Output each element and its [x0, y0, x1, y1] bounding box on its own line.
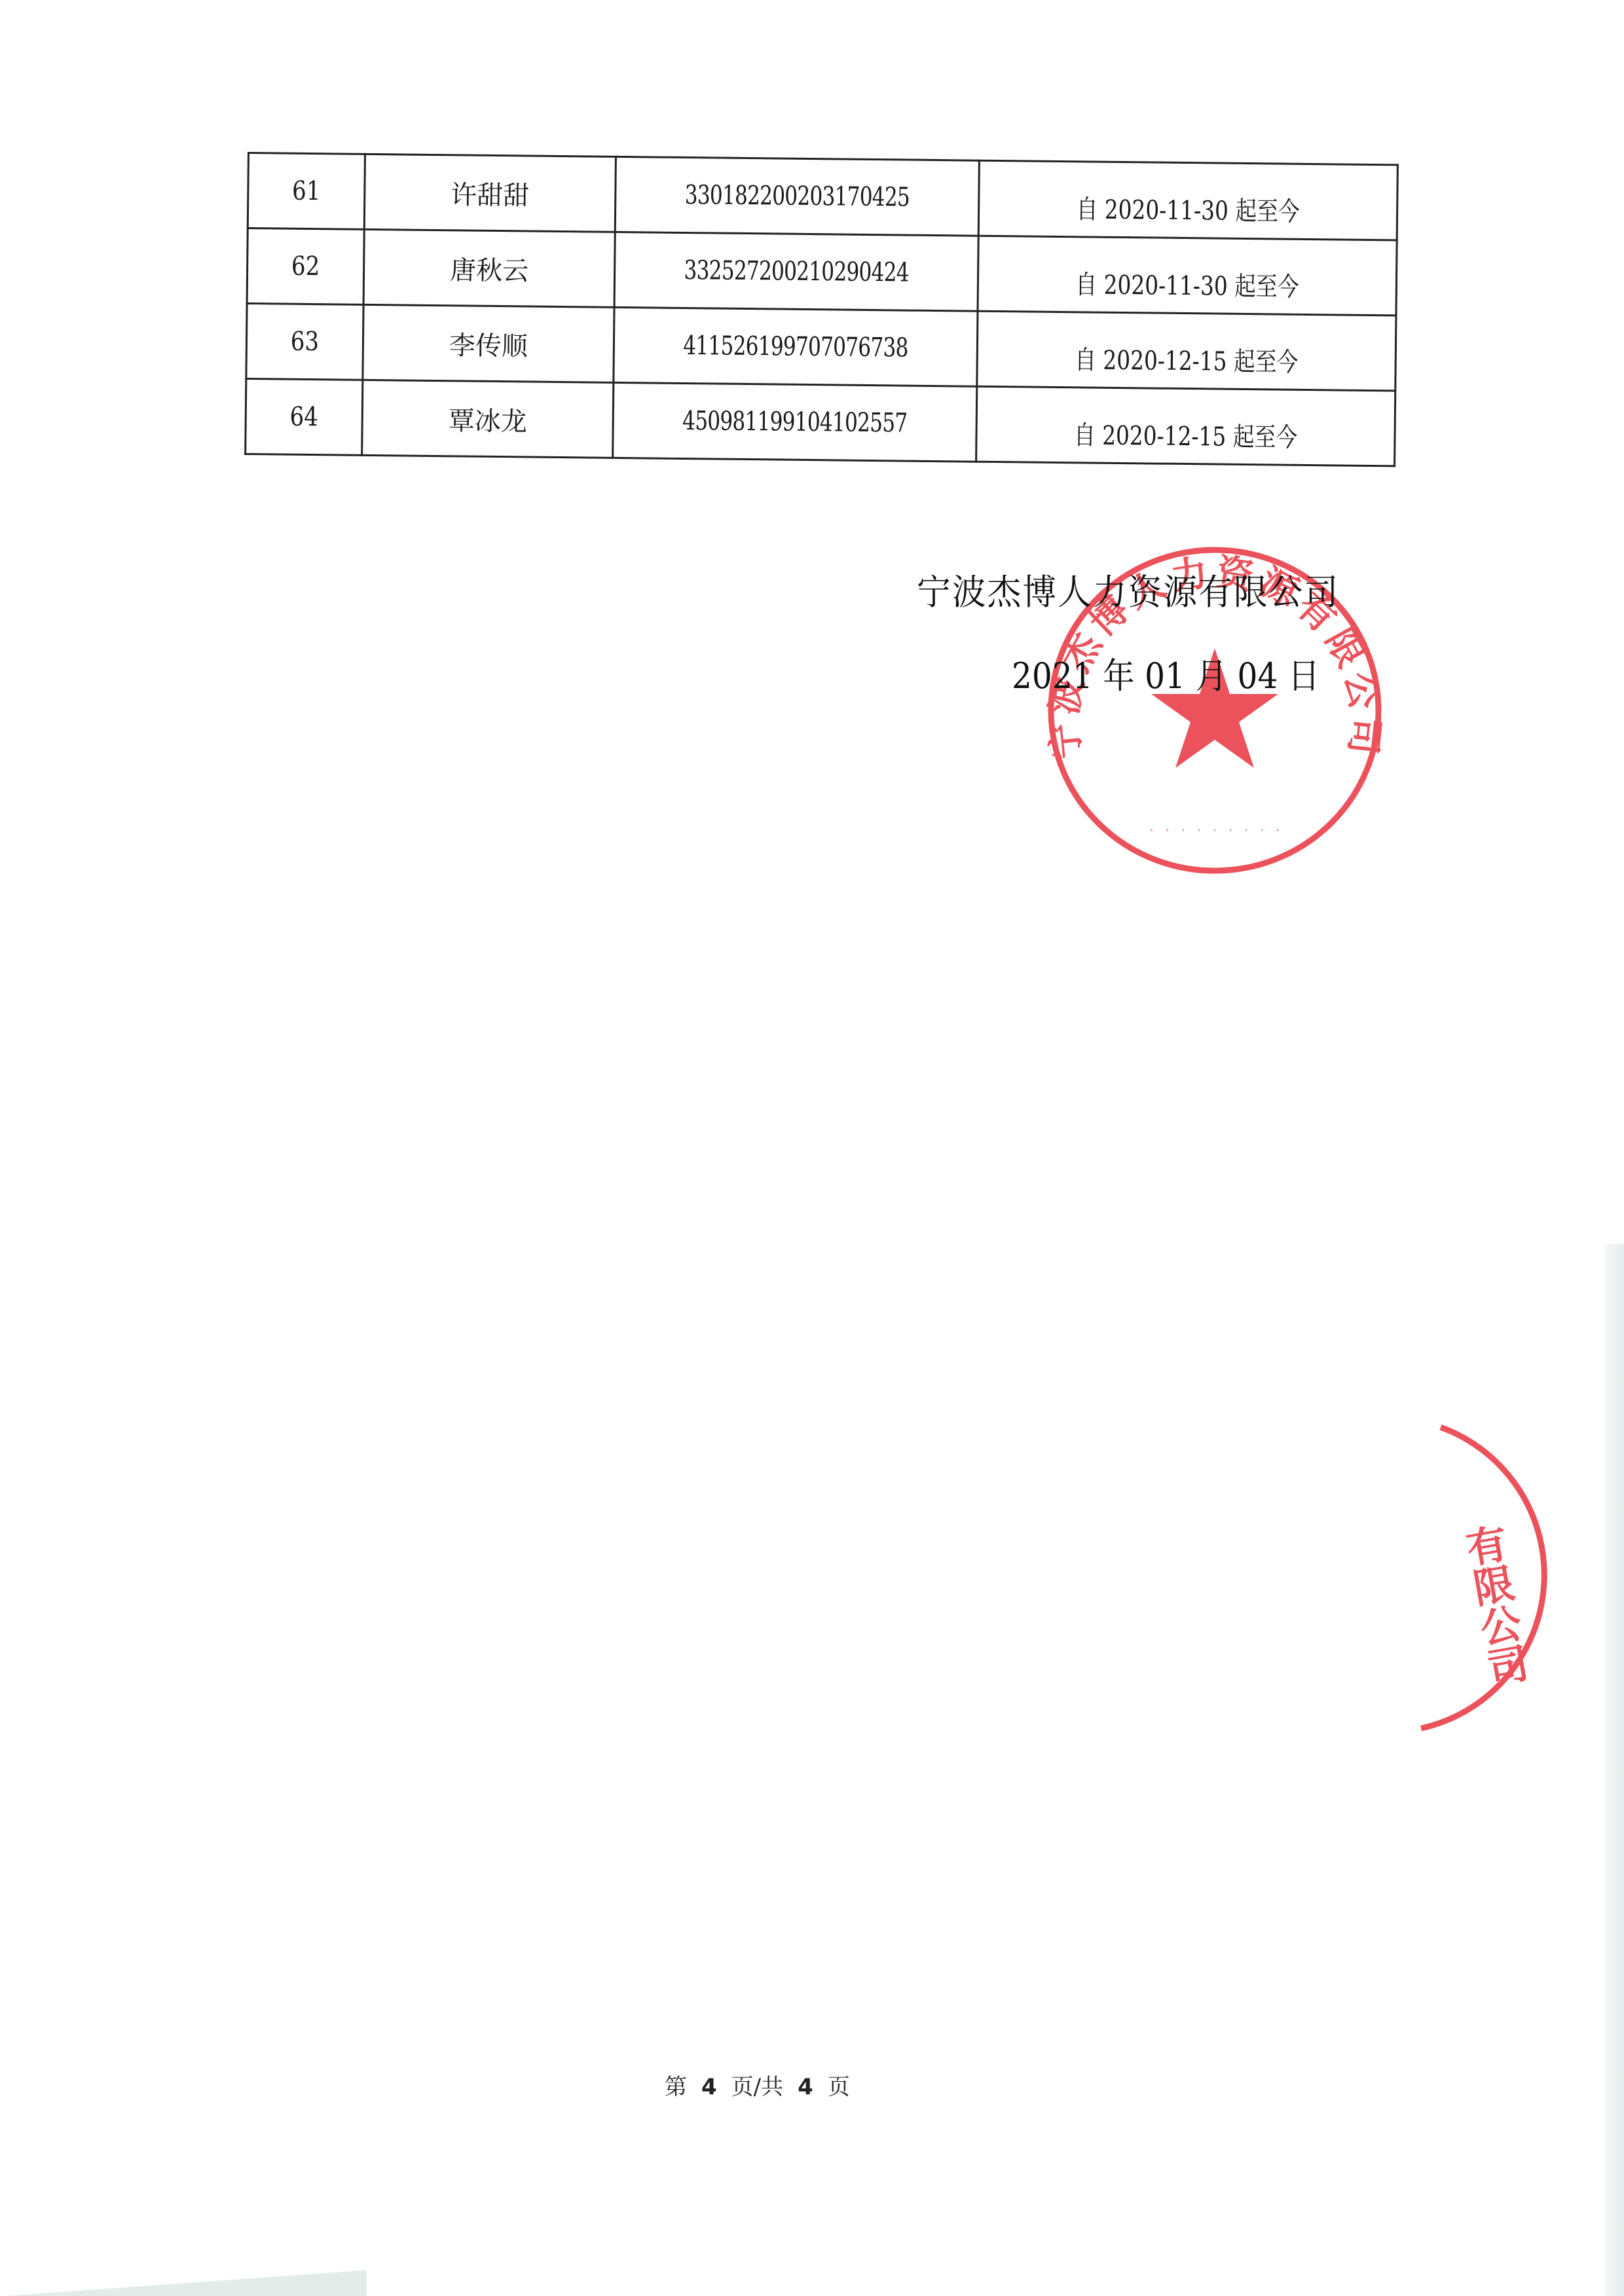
- employee-table-wrapper: 61 许甜甜 330182200203170425 自 2020-11-30 起…: [244, 152, 1397, 467]
- table-row: 64 覃冰龙 450981199104102557 自 2020-12-15 起…: [246, 378, 1395, 465]
- id-cell: 450981199104102557: [613, 382, 977, 462]
- scan-edge-artifact-bottom: [0, 2270, 367, 2296]
- current-page-number: 4: [687, 2074, 731, 2100]
- name-cell: 唐秋云: [363, 229, 615, 307]
- person-name: 许甜甜: [451, 180, 529, 211]
- employment-period: 自 2020-12-15 起至今: [1074, 399, 1298, 454]
- id-number: 450981199104102557: [682, 406, 908, 439]
- footer-suffix: 页: [828, 2074, 850, 2100]
- total-page-number: 4: [783, 2074, 828, 2100]
- row-number: 63: [291, 327, 320, 357]
- row-number-cell: 62: [247, 228, 364, 305]
- id-cell: 330182200203170425: [615, 156, 979, 236]
- person-name: 覃冰龙: [448, 406, 526, 437]
- employment-period: 自 2020-11-30 起至今: [1076, 173, 1300, 228]
- id-cell: 411526199707076738: [614, 307, 978, 386]
- id-number: 332527200210290424: [684, 255, 909, 288]
- employee-table: 61 许甜甜 330182200203170425 自 2020-11-30 起…: [244, 152, 1399, 467]
- row-number-cell: 63: [246, 304, 363, 380]
- scan-edge-artifact: [1604, 1244, 1624, 2296]
- document-page: 61 许甜甜 330182200203170425 自 2020-11-30 起…: [0, 0, 1624, 2296]
- period-cell: 自 2020-12-15 起至今: [977, 311, 1396, 391]
- table-row: 62 唐秋云 332527200210290424 自 2020-11-30 起…: [247, 228, 1397, 316]
- row-number: 62: [291, 251, 320, 282]
- table-row: 61 许甜甜 330182200203170425 自 2020-11-30 起…: [248, 153, 1397, 240]
- row-number: 61: [292, 176, 321, 206]
- signature-date: 2021 年 01 月 04 日: [1012, 648, 1319, 699]
- row-number-cell: 61: [248, 153, 365, 230]
- company-name: 宁波杰博人力资源有限公司: [917, 564, 1339, 615]
- name-cell: 李传顺: [363, 304, 614, 382]
- footer-middle: 页/共: [731, 2074, 783, 2100]
- employment-period: 自 2020-12-15 起至今: [1075, 323, 1299, 379]
- table-row: 63 李传顺 411526199707076738 自 2020-12-15 起…: [246, 304, 1396, 391]
- period-cell: 自 2020-11-30 起至今: [978, 160, 1397, 240]
- period-cell: 自 2020-11-30 起至今: [978, 236, 1397, 316]
- row-number: 64: [289, 402, 318, 432]
- footer-prefix: 第: [665, 2074, 687, 2100]
- id-number: 411526199707076738: [683, 331, 908, 363]
- svg-text:· · · · · · · · ·: · · · · · · · · ·: [1148, 822, 1282, 838]
- id-cell: 332527200210290424: [614, 232, 978, 311]
- employment-period: 自 2020-11-30 起至今: [1075, 248, 1299, 304]
- period-cell: 自 2020-12-15 起至今: [976, 386, 1395, 466]
- person-name: 唐秋云: [450, 255, 528, 286]
- name-cell: 许甜甜: [364, 154, 616, 232]
- id-number: 330182200203170425: [684, 180, 910, 213]
- name-cell: 覃冰龙: [362, 380, 614, 458]
- paging-seal-text: 有限公司: [1456, 1521, 1532, 1689]
- paging-seal: 有限公司: [1401, 1414, 1624, 1741]
- page-footer: 第4页/共4页: [665, 2069, 850, 2101]
- person-name: 李传顺: [449, 331, 528, 361]
- row-number-cell: 64: [246, 378, 363, 455]
